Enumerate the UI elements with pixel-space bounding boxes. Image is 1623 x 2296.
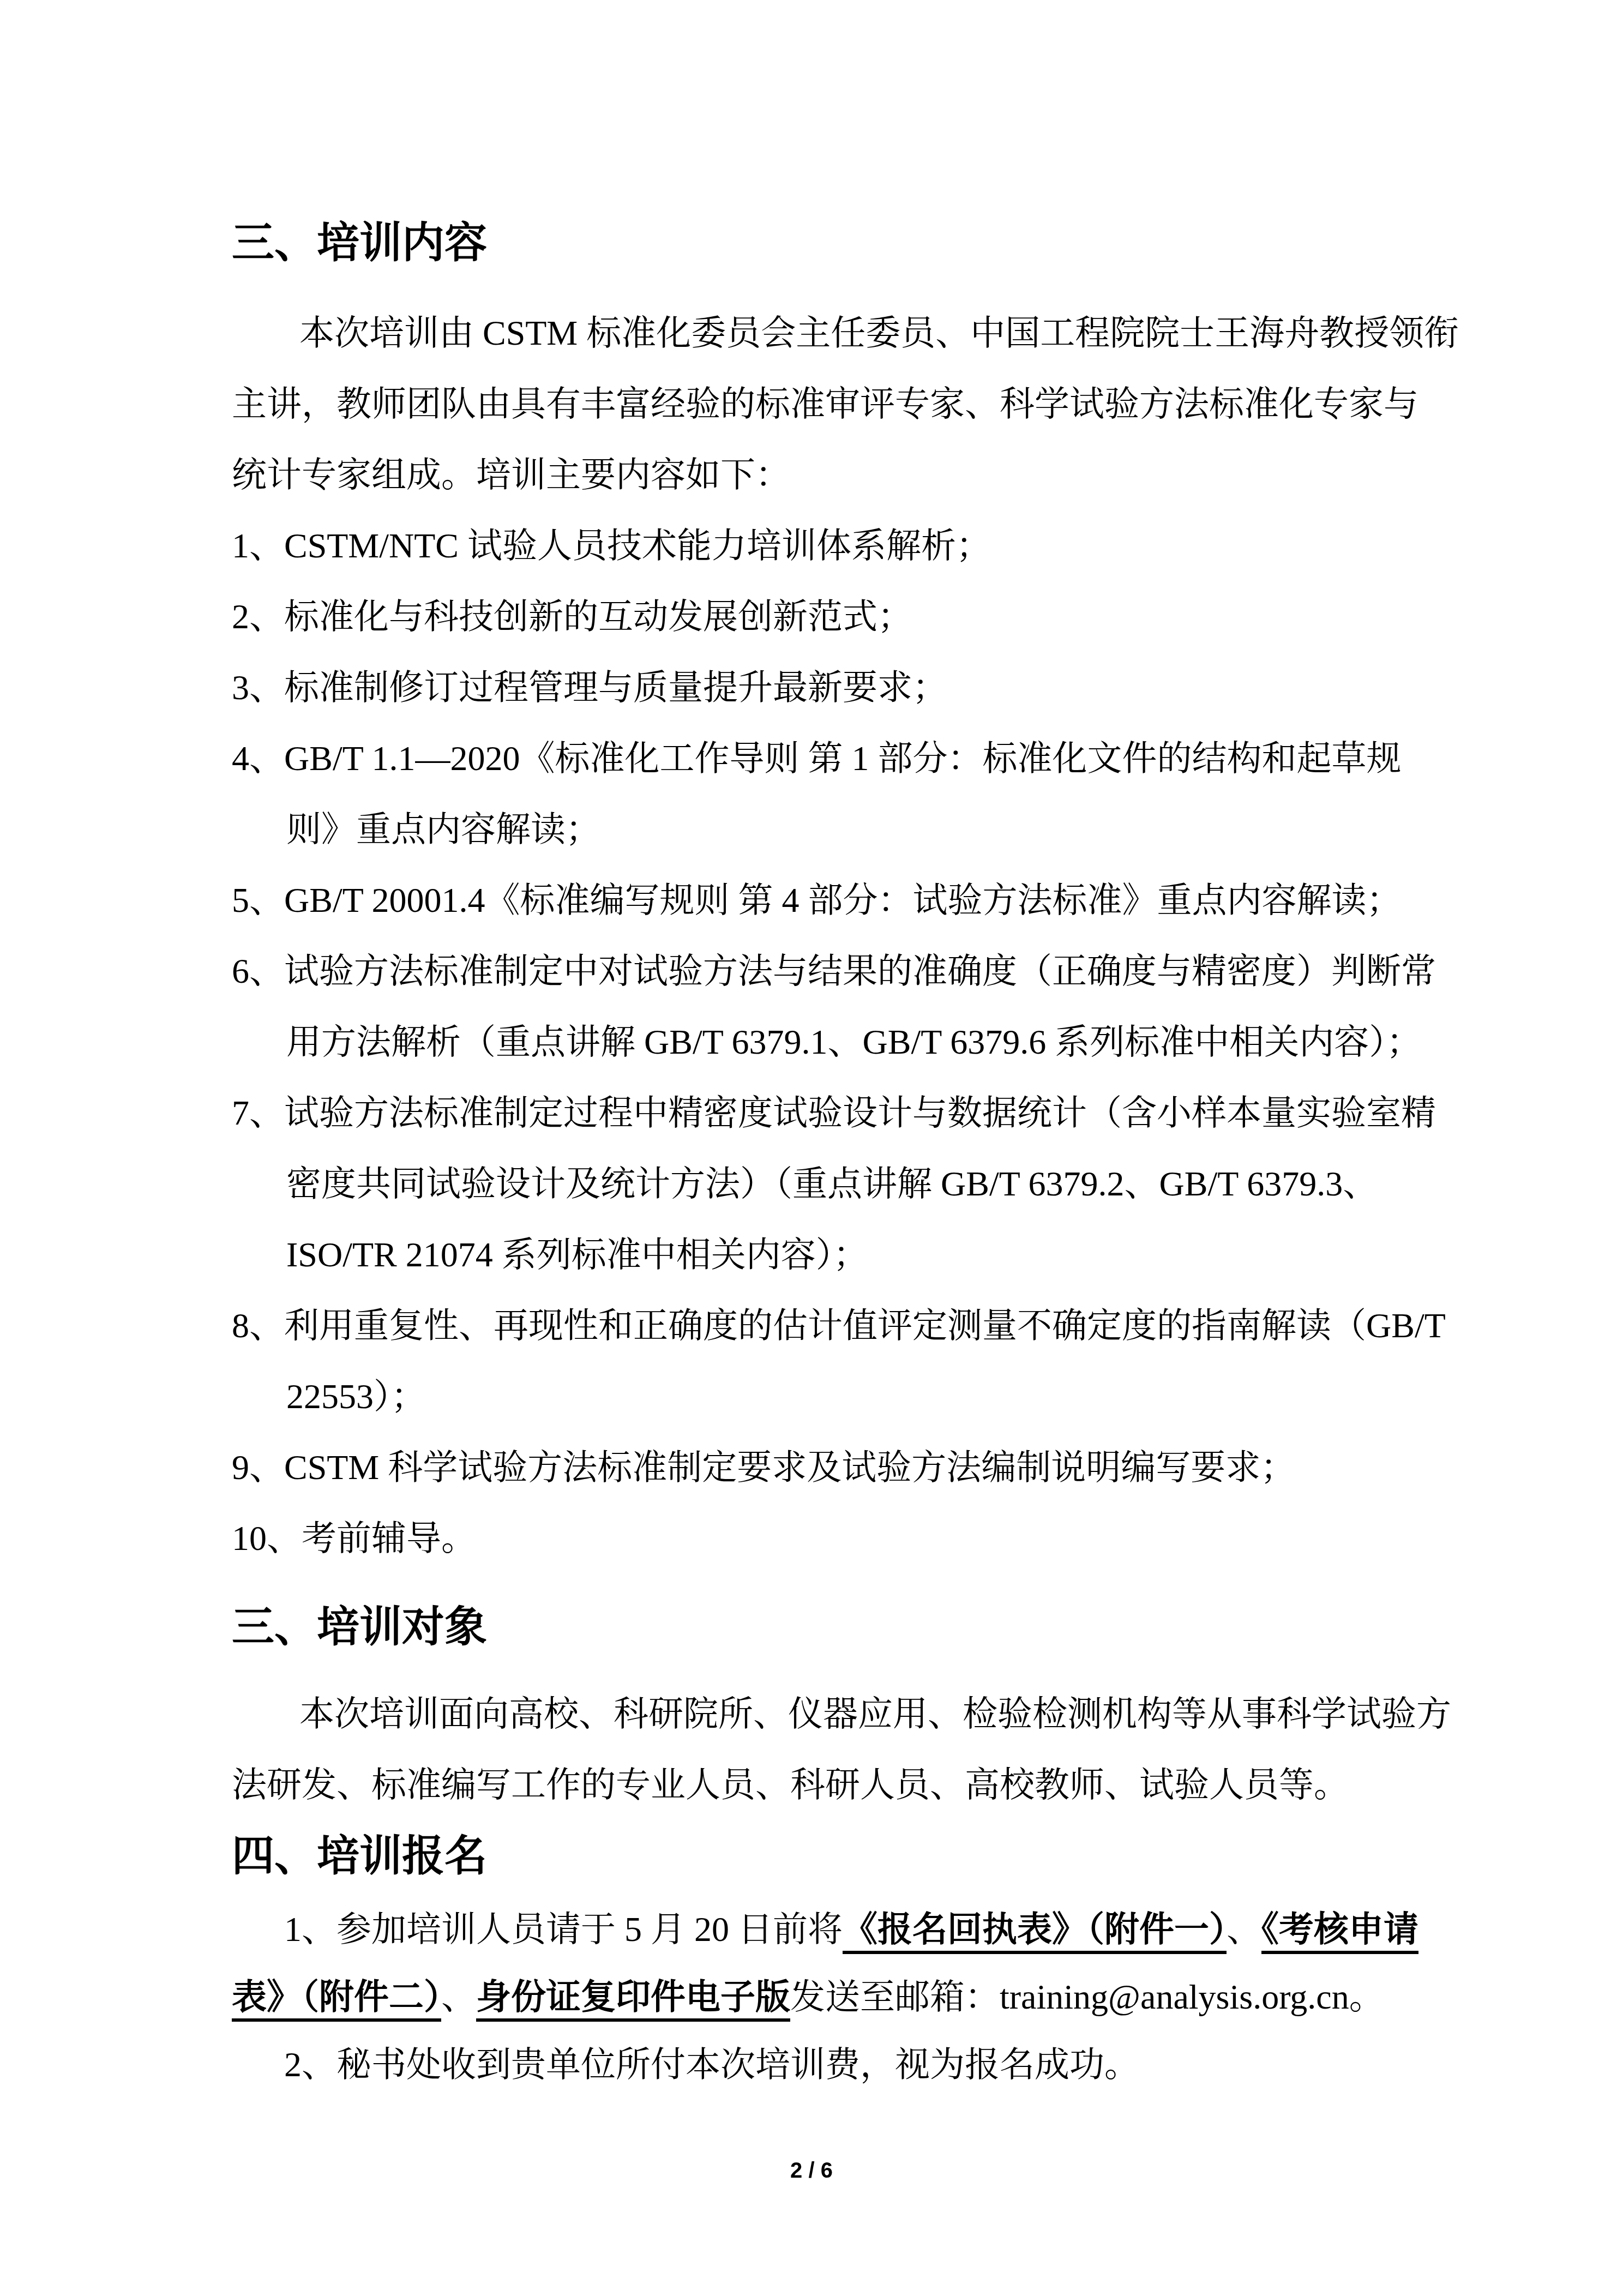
section-heading-training-audience: 三、培训对象 [232, 1600, 1481, 1655]
training-content-intro-paragraph: 本次培训由 CSTM 标准化委员会主任委员、中国工程院院士王海舟教授领衔 主讲，… [232, 298, 1481, 510]
training-content-list-item-2: 2、标准化与科技创新的互动发展创新范式； [232, 581, 1481, 652]
training-audience-paragraph: 本次培训面向高校、科研院所、仪器应用、检验检测机构等从事科学试验方 法研发、标准… [232, 1679, 1481, 1820]
page-number: 2 / 6 [790, 2159, 833, 2183]
registration-step-1-prefix: 1、参加培训人员请于 5 月 20 日前将 [284, 1910, 843, 1949]
id-card-copy-text: 身份证复印件电子版 [476, 1978, 790, 2016]
training-content-list-item-8: 8、利用重复性、再现性和正确度的估计值评定测量不确定度的指南解读（GB/T 22… [232, 1290, 1481, 1432]
section-heading-training-content: 三、培训内容 [232, 216, 1481, 271]
attachment-1-reply-form-text: 《报名回执表》（附件一） [843, 1910, 1227, 1949]
training-content-list-item-5: 5、GB/T 20001.4《标准编写规则 第 4 部分：试验方法标准》重点内容… [232, 865, 1481, 936]
registration-step-1-separator-1: 、 [1227, 1910, 1261, 1949]
registration-step-2: 2、秘书处收到贵单位所付本次培训费，视为报名成功。 [232, 2031, 1481, 2099]
section-heading-training-registration: 四、培训报名 [232, 1829, 1481, 1884]
page-footer: 2 / 6 [0, 2159, 1623, 2183]
document-page: 三、培训内容 本次培训由 CSTM 标准化委员会主任委员、中国工程院院士王海舟教… [0, 0, 1623, 2296]
training-content-list: 1、CSTM/NTC 试验人员技术能力培训体系解析； 2、标准化与科技创新的互动… [232, 510, 1481, 1574]
registration-step-1-suffix-email: 发送至邮箱：training@analysis.org.cn。 [790, 1978, 1384, 2016]
training-content-list-item-3: 3、标准制修订过程管理与质量提升最新要求； [232, 652, 1481, 723]
registration-step-1: 1、参加培训人员请于 5 月 20 日前将《报名回执表》（附件一）、《考核申请 … [232, 1896, 1481, 2031]
training-content-list-item-6: 6、试验方法标准制定中对试验方法与结果的准确度（正确度与精密度）判断常 用方法解… [232, 936, 1481, 1078]
training-content-list-item-7: 7、试验方法标准制定过程中精密度试验设计与数据统计（含小样本量实验室精 密度共同… [232, 1078, 1481, 1290]
training-content-list-item-1: 1、CSTM/NTC 试验人员技术能力培训体系解析； [232, 510, 1481, 581]
page-body: 三、培训内容 本次培训由 CSTM 标准化委员会主任委员、中国工程院院士王海舟教… [232, 216, 1481, 2099]
training-content-list-item-10: 10、考前辅导。 [232, 1503, 1481, 1574]
training-content-list-item-4: 4、GB/T 1.1—2020《标准化工作导则 第 1 部分：标准化文件的结构和… [232, 723, 1481, 865]
training-content-list-item-9: 9、CSTM 科学试验方法标准制定要求及试验方法编制说明编写要求； [232, 1432, 1481, 1503]
registration-step-1-separator-2: 、 [441, 1978, 476, 2016]
